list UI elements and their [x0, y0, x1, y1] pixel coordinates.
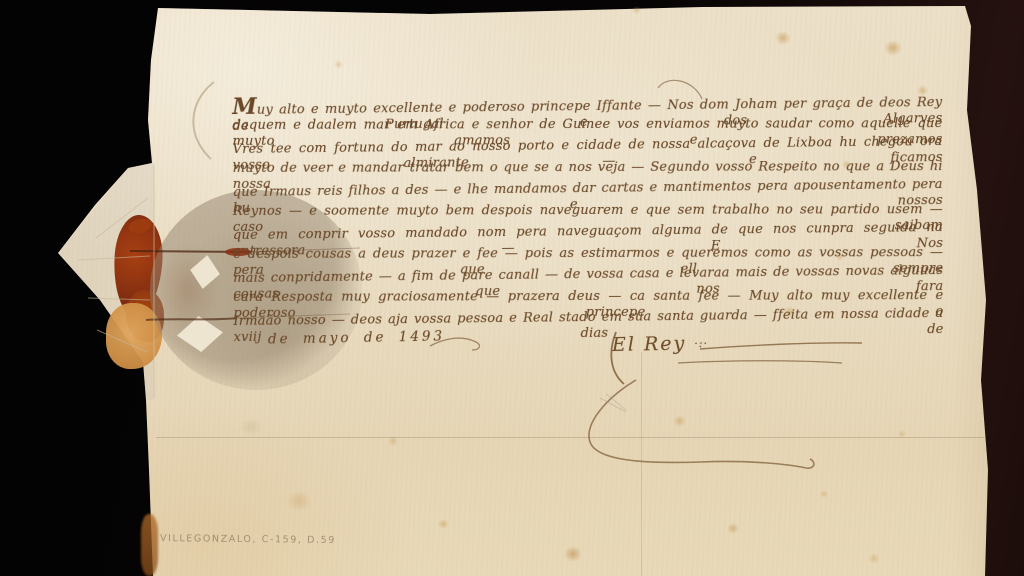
signature-flourish-dots: ·:·	[694, 337, 708, 350]
edge-burn-smudge	[141, 514, 158, 576]
stain-spot	[775, 31, 791, 45]
stain-spot	[286, 490, 312, 512]
stain-spot	[240, 418, 262, 436]
vertical-fold-line	[641, 352, 642, 576]
stain-spot	[334, 60, 343, 69]
stain-spot	[727, 523, 739, 534]
stain-spot	[820, 490, 828, 498]
stain-spot	[438, 519, 449, 529]
date-line: de mayo de 1493	[268, 328, 445, 347]
stain-spot	[884, 40, 902, 56]
stain-spot	[673, 415, 686, 427]
stain-spot	[868, 553, 880, 564]
horizontal-fold-line	[156, 437, 984, 438]
royal-signature: El Rey ·:·	[612, 332, 708, 356]
archive-annotation: Villegonzalo, C-159, D.59	[160, 533, 336, 546]
signature-text: El Rey	[612, 332, 687, 356]
manuscript-photo: Muy alto e muyto excellente e poderoso p…	[0, 0, 1024, 576]
stain-spot	[632, 6, 641, 14]
letter-text-block: Muy alto e muyto excellente e poderoso p…	[232, 93, 945, 367]
stain-spot	[564, 546, 582, 562]
